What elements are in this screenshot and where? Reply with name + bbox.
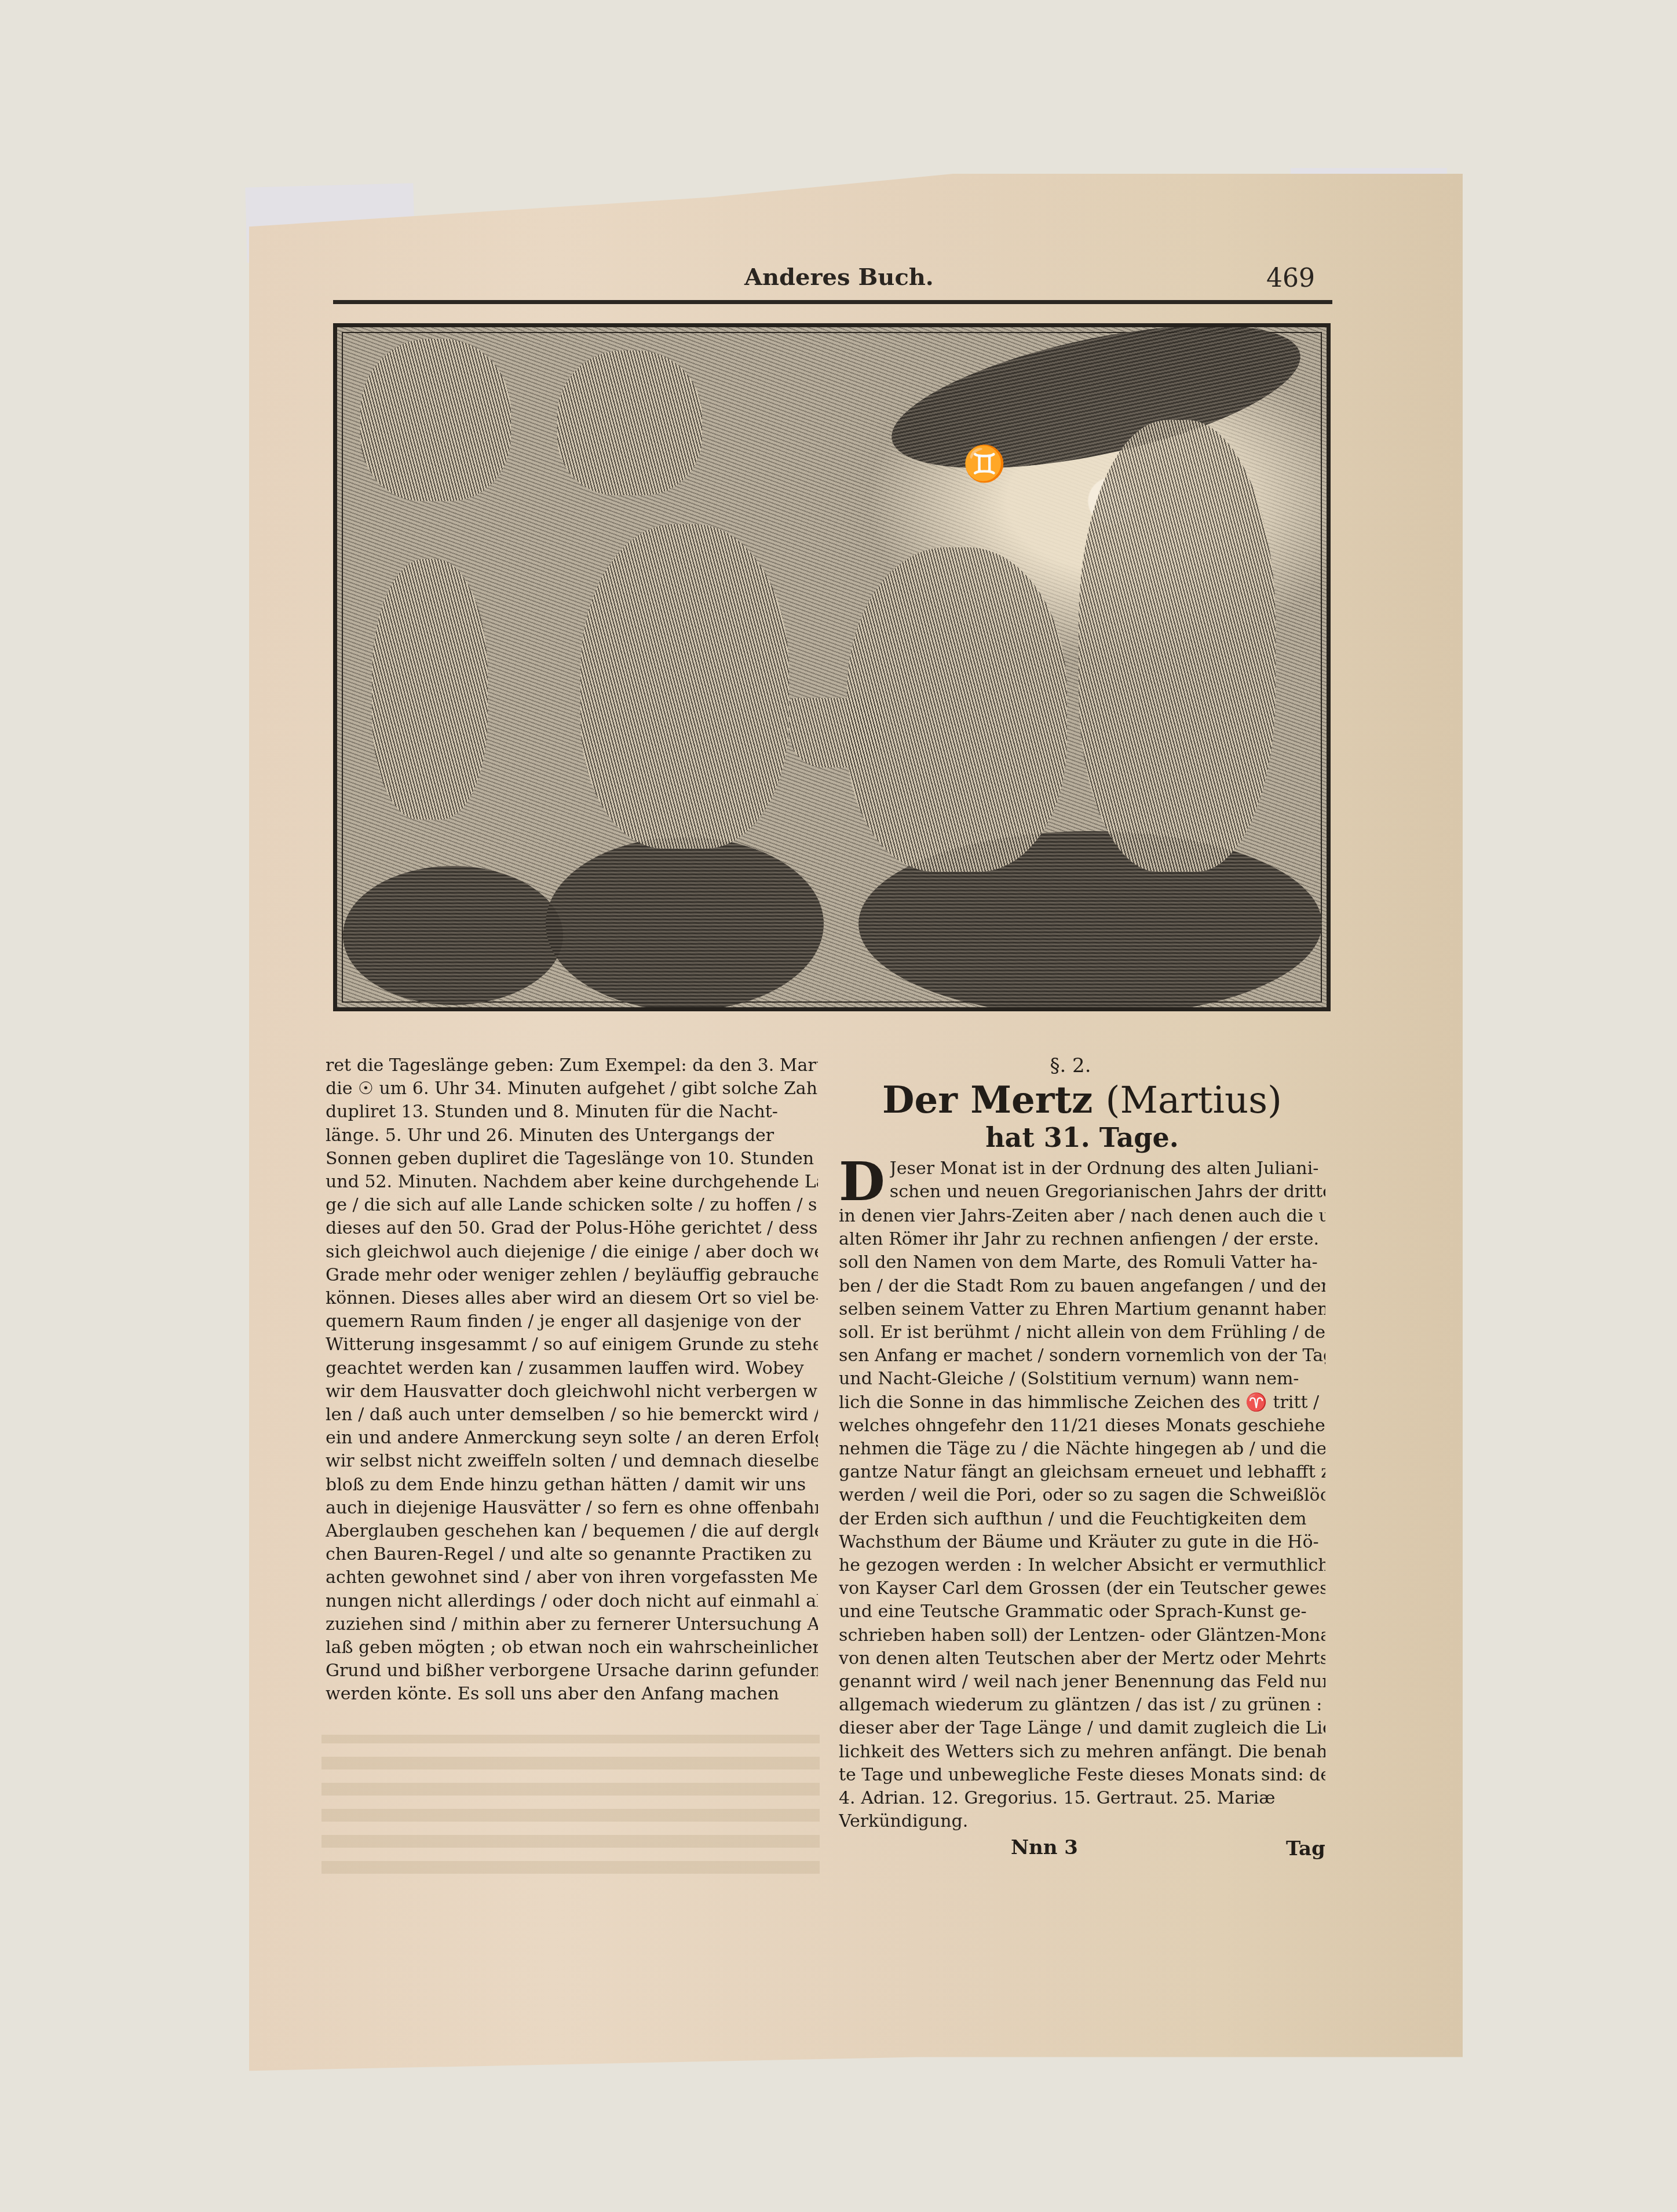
text-line: te Tage und unbewegliche Feste dieses Mo… <box>839 1764 1325 1787</box>
text-line: nehmen die Täge zu / die Nächte hingegen… <box>839 1438 1325 1461</box>
running-title: Anderes Buch. <box>744 264 934 291</box>
text-line: geachtet werden kan / zusammen lauffen w… <box>326 1357 818 1380</box>
text-line: ge / die sich auf alle Lande schicken so… <box>326 1194 818 1217</box>
text-line: schrieben haben soll) der Lentzen- oder … <box>839 1624 1325 1647</box>
engraving-illustration: ♊ <box>333 323 1331 1011</box>
text-line: und Nacht-Gleiche / (Solstitium vernum) … <box>839 1368 1325 1391</box>
text-line: chen Bauren-Regel / und alte so genannte… <box>326 1543 818 1566</box>
text-line: dieses auf den 50. Grad der Polus-Höhe g… <box>326 1217 818 1240</box>
month-subtitle: hat 31. Tage. <box>839 1121 1325 1154</box>
text-line: gantze Natur fängt an gleichsam erneuet … <box>839 1461 1325 1484</box>
text-line: soll den Namen von dem Marte, des Romuli… <box>839 1251 1325 1274</box>
section-mark: §. 2. <box>816 1054 1325 1077</box>
text-line: auch in diejenige Hausvätter / so fern e… <box>326 1497 818 1520</box>
text-line: dupliret 13. Stunden und 8. Minuten für … <box>326 1100 818 1124</box>
text-line: und 52. Minuten. Nachdem aber keine durc… <box>326 1171 818 1194</box>
text-line: ben / der die Stadt Rom zu bauen angefan… <box>839 1275 1325 1298</box>
text-line: werden könte. Es soll uns aber den Anfan… <box>326 1683 818 1706</box>
text-line: bloß zu dem Ende hinzu gethan hätten / d… <box>326 1474 818 1497</box>
putto-with-basket <box>372 559 488 820</box>
text-line: Wachsthum der Bäume und Kräuter zu gute … <box>839 1531 1325 1554</box>
text-line: genannt wird / weil nach jener Benennung… <box>839 1670 1325 1694</box>
text-line: von denen alten Teutschen aber der Mertz… <box>839 1647 1325 1670</box>
flower-basket <box>789 698 882 767</box>
text-line: und eine Teutsche Grammatic oder Sprach-… <box>839 1600 1325 1624</box>
text-line: schen und neuen Gregorianischen Jahrs de… <box>890 1180 1325 1204</box>
header-rule <box>333 300 1332 304</box>
text-line: lichkeit des Wetters sich zu mehren anfä… <box>839 1741 1325 1764</box>
text-line: laß geben mögten ; ob etwan noch ein wah… <box>326 1636 818 1659</box>
text-line: Witterung insgesammt / so auf einigem Gr… <box>326 1333 818 1357</box>
text-line: dieser aber der Tage Länge / und damit z… <box>839 1717 1325 1740</box>
text-line: Aberglauben geschehen kan / bequemen / d… <box>326 1520 818 1543</box>
month-title-latin: (Martius) <box>1106 1079 1282 1122</box>
text-line: länge. 5. Uhr und 26. Minuten des Unterg… <box>326 1124 818 1147</box>
text-line: zuziehen sind / mithin aber zu fernerer … <box>326 1613 818 1636</box>
text-line: Grade mehr oder weniger zehlen / beyläuf… <box>326 1264 818 1287</box>
show-through-text <box>321 1735 820 1874</box>
text-line: in denen vier Jahrs-Zeiten aber / nach d… <box>839 1205 1325 1228</box>
text-line: wir selbst nicht zweiffeln solten / und … <box>326 1450 818 1473</box>
month-title: Der Mertz (Martius) <box>839 1080 1325 1121</box>
putto-center <box>557 350 702 495</box>
text-line: Grund und bißher verborgene Ursache dari… <box>326 1659 818 1683</box>
text-line: he gezogen werden : In welcher Absicht e… <box>839 1554 1325 1577</box>
page-header: Anderes Buch. 469 <box>744 264 1332 304</box>
month-title-german: Der Mertz <box>882 1078 1093 1122</box>
drop-cap: D <box>839 1158 885 1205</box>
text-line: werden / weil die Pori, oder so zu sagen… <box>839 1484 1325 1507</box>
right-column-text: §. 2. Der Mertz (Martius) hat 31. Tage. … <box>839 1054 1325 1833</box>
text-line: alten Römer ihr Jahr zu rechnen anfienge… <box>839 1228 1325 1251</box>
text-line: die ☉ um 6. Uhr 34. Minuten aufgehet / g… <box>326 1077 818 1100</box>
text-line: soll. Er ist berühmt / nicht allein von … <box>839 1321 1325 1344</box>
month-description: D Jeser Monat ist in der Ordnung des alt… <box>839 1157 1325 1833</box>
text-line: achten gewohnet sind / aber von ihren vo… <box>326 1566 818 1589</box>
page-number: 469 <box>1266 264 1315 293</box>
text-line: von Kayser Carl dem Grossen (der ein Teu… <box>839 1577 1325 1600</box>
text-line: Verkündigung. <box>839 1810 1325 1833</box>
text-line: 4. Adrian. 12. Gregorius. 15. Gertraut. … <box>839 1787 1325 1810</box>
text-line: ein und andere Anmerckung seyn solte / a… <box>326 1427 818 1450</box>
text-line: len / daß auch unter demselben / so hie … <box>326 1403 818 1427</box>
text-line: können. Dieses alles aber wird an diesem… <box>326 1287 818 1310</box>
text-line: ret die Tageslänge geben: Zum Exempel: d… <box>326 1054 818 1077</box>
cloud-bottom-left <box>343 866 563 1005</box>
text-line: Sonnen geben dupliret die Tageslänge von… <box>326 1147 818 1171</box>
text-line: Jeser Monat ist in der Ordnung des alten… <box>890 1157 1325 1180</box>
signature-mark: Nnn 3 <box>1011 1836 1078 1859</box>
gemini-sign-icon: ♊ <box>963 443 1006 484</box>
left-column-text: ret die Tageslänge geben: Zum Exempel: d… <box>326 1054 818 1706</box>
text-line: nungen nicht allerdings / oder doch nich… <box>326 1590 818 1613</box>
text-line: selben seinem Vatter zu Ehren Martium ge… <box>839 1298 1325 1321</box>
text-line: sich gleichwol auch diejenige / die eini… <box>326 1241 818 1264</box>
text-line: welches ohngefehr den 11/21 dieses Monat… <box>839 1414 1325 1438</box>
text-line: der Erden sich aufthun / und die Feuchti… <box>839 1508 1325 1531</box>
text-line: allgemach wiederum zu gläntzen / das ist… <box>839 1694 1325 1717</box>
cloud-bottom-center <box>546 837 824 1011</box>
putto-left <box>360 339 511 501</box>
catchword: Tag <box>1286 1837 1325 1860</box>
text-line: wir dem Hausvatter doch gleichwohl nicht… <box>326 1380 818 1403</box>
text-line: lich die Sonne in das himmlische Zeichen… <box>839 1391 1325 1414</box>
text-line: quemern Raum finden / je enger all dasje… <box>326 1310 818 1333</box>
standing-woman-with-wreath <box>1079 420 1276 872</box>
kneeling-woman <box>580 524 789 849</box>
text-line: sen Anfang er machet / sondern vornemlic… <box>839 1344 1325 1368</box>
